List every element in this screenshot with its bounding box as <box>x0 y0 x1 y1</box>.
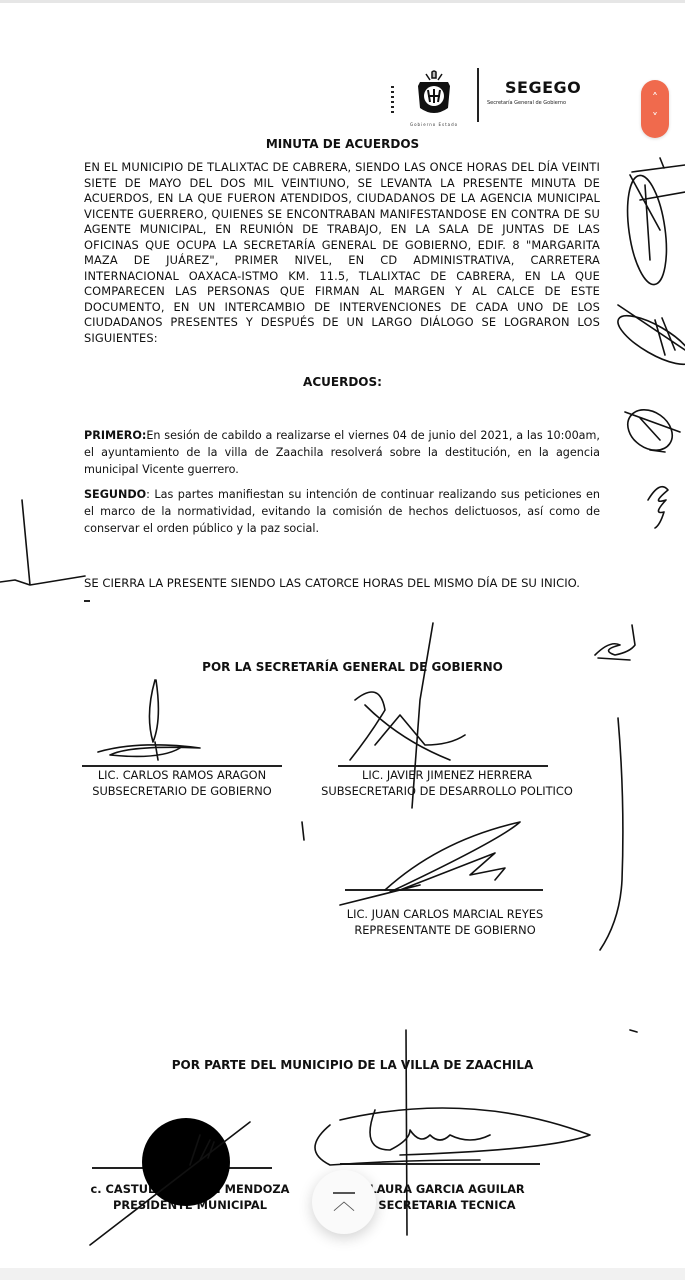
signature-line <box>92 1167 272 1169</box>
signatory-name: LIC. JAVIER JIMENEZ HERRERA <box>312 767 582 783</box>
signatory-name: LIC. JUAN CARLOS MARCIAL REYES <box>330 906 560 922</box>
chevron-down-icon[interactable]: ˅ <box>641 112 669 124</box>
signatory-5: LAURA GARCIA AGUILAR SECRETARIA TECNICA <box>352 1181 542 1213</box>
margin-signature-3 <box>620 401 680 458</box>
signatory-name: LIC. CARLOS RAMOS ARAGON <box>82 767 282 783</box>
margin-signature-2 <box>612 305 685 373</box>
signatory-role: SUBSECRETARIO DE GOBIERNO <box>82 783 282 799</box>
dash-mark <box>84 600 90 602</box>
signatory-role: PRESIDENTE MUNICIPAL <box>80 1197 300 1213</box>
signatory-3: LIC. JUAN CARLOS MARCIAL REYES REPRESENT… <box>330 906 560 938</box>
signatory-4: c. CASTULO BRETON MENDOZA PRESIDENTE MUN… <box>80 1181 300 1213</box>
left-margin-mark <box>0 500 85 585</box>
signatory-2: LIC. JAVIER JIMENEZ HERRERA SUBSECRETARI… <box>312 767 582 799</box>
intro-paragraph: EN EL MUNICIPIO DE TLALIXTAC DE CABRERA,… <box>84 160 600 346</box>
segundo-label: SEGUNDO <box>84 488 146 501</box>
signatory-name: LAURA GARCIA AGUILAR <box>352 1181 542 1197</box>
margin-signature-1 <box>622 158 685 287</box>
bottom-bar <box>0 1268 685 1280</box>
chevron-up-icon[interactable]: ˄ <box>641 92 669 104</box>
segundo-text: : Las partes manifiestan su intención de… <box>84 488 600 535</box>
signature-line <box>340 1163 540 1165</box>
acuerdos-heading: ACUERDOS: <box>0 375 685 389</box>
brand-name: SEGEGO <box>505 78 581 97</box>
header-divider <box>477 68 479 122</box>
signatory-role: SECRETARIA TECNICA <box>352 1197 542 1213</box>
scroll-to-top-button[interactable]: ︿ <box>312 1170 376 1234</box>
scroll-to-top-icon: ︿ <box>312 1192 376 1214</box>
document-title: MINUTA DE ACUERDOS <box>0 137 685 151</box>
signatory-role: SUBSECRETARIO DE DESARROLLO POLITICO <box>312 783 582 799</box>
margin-signature-4 <box>648 487 668 528</box>
closing-statement: SE CIERRA LA PRESENTE SIENDO LAS CATORCE… <box>84 576 580 590</box>
brand-subtitle: Secretaría General de Gobierno <box>487 100 566 106</box>
municipality-signatures-heading: POR PARTE DEL MUNICIPIO DE LA VILLA DE Z… <box>10 1058 685 1072</box>
agreement-primero: PRIMERO:En sesión de cabildo a realizars… <box>84 427 600 478</box>
signatory-role: REPRESENTANTE DE GOBIERNO <box>330 922 560 938</box>
signatory-name: c. CASTULO BRETON MENDOZA <box>80 1181 300 1197</box>
document-page: Gobierno Estado SEGEGO Secretaría Genera… <box>0 0 685 1268</box>
page-scroll-control[interactable]: ˄ ˅ <box>641 80 669 138</box>
government-signatures-heading: POR LA SECRETARÍA GENERAL DE GOBIERNO <box>10 660 685 674</box>
oaxaca-seal-icon <box>412 70 456 120</box>
primero-text: En sesión de cabildo a realizarse el vie… <box>84 429 600 476</box>
signature-line <box>345 889 543 891</box>
agreement-segundo: SEGUNDO: Las partes manifiestan su inten… <box>84 486 600 537</box>
margin-signature-5 <box>595 625 635 660</box>
signatory-1: LIC. CARLOS RAMOS ARAGON SUBSECRETARIO D… <box>82 767 282 799</box>
primero-label: PRIMERO: <box>84 429 146 442</box>
logo-dots <box>391 86 394 116</box>
seal-caption: Gobierno Estado <box>410 122 458 127</box>
